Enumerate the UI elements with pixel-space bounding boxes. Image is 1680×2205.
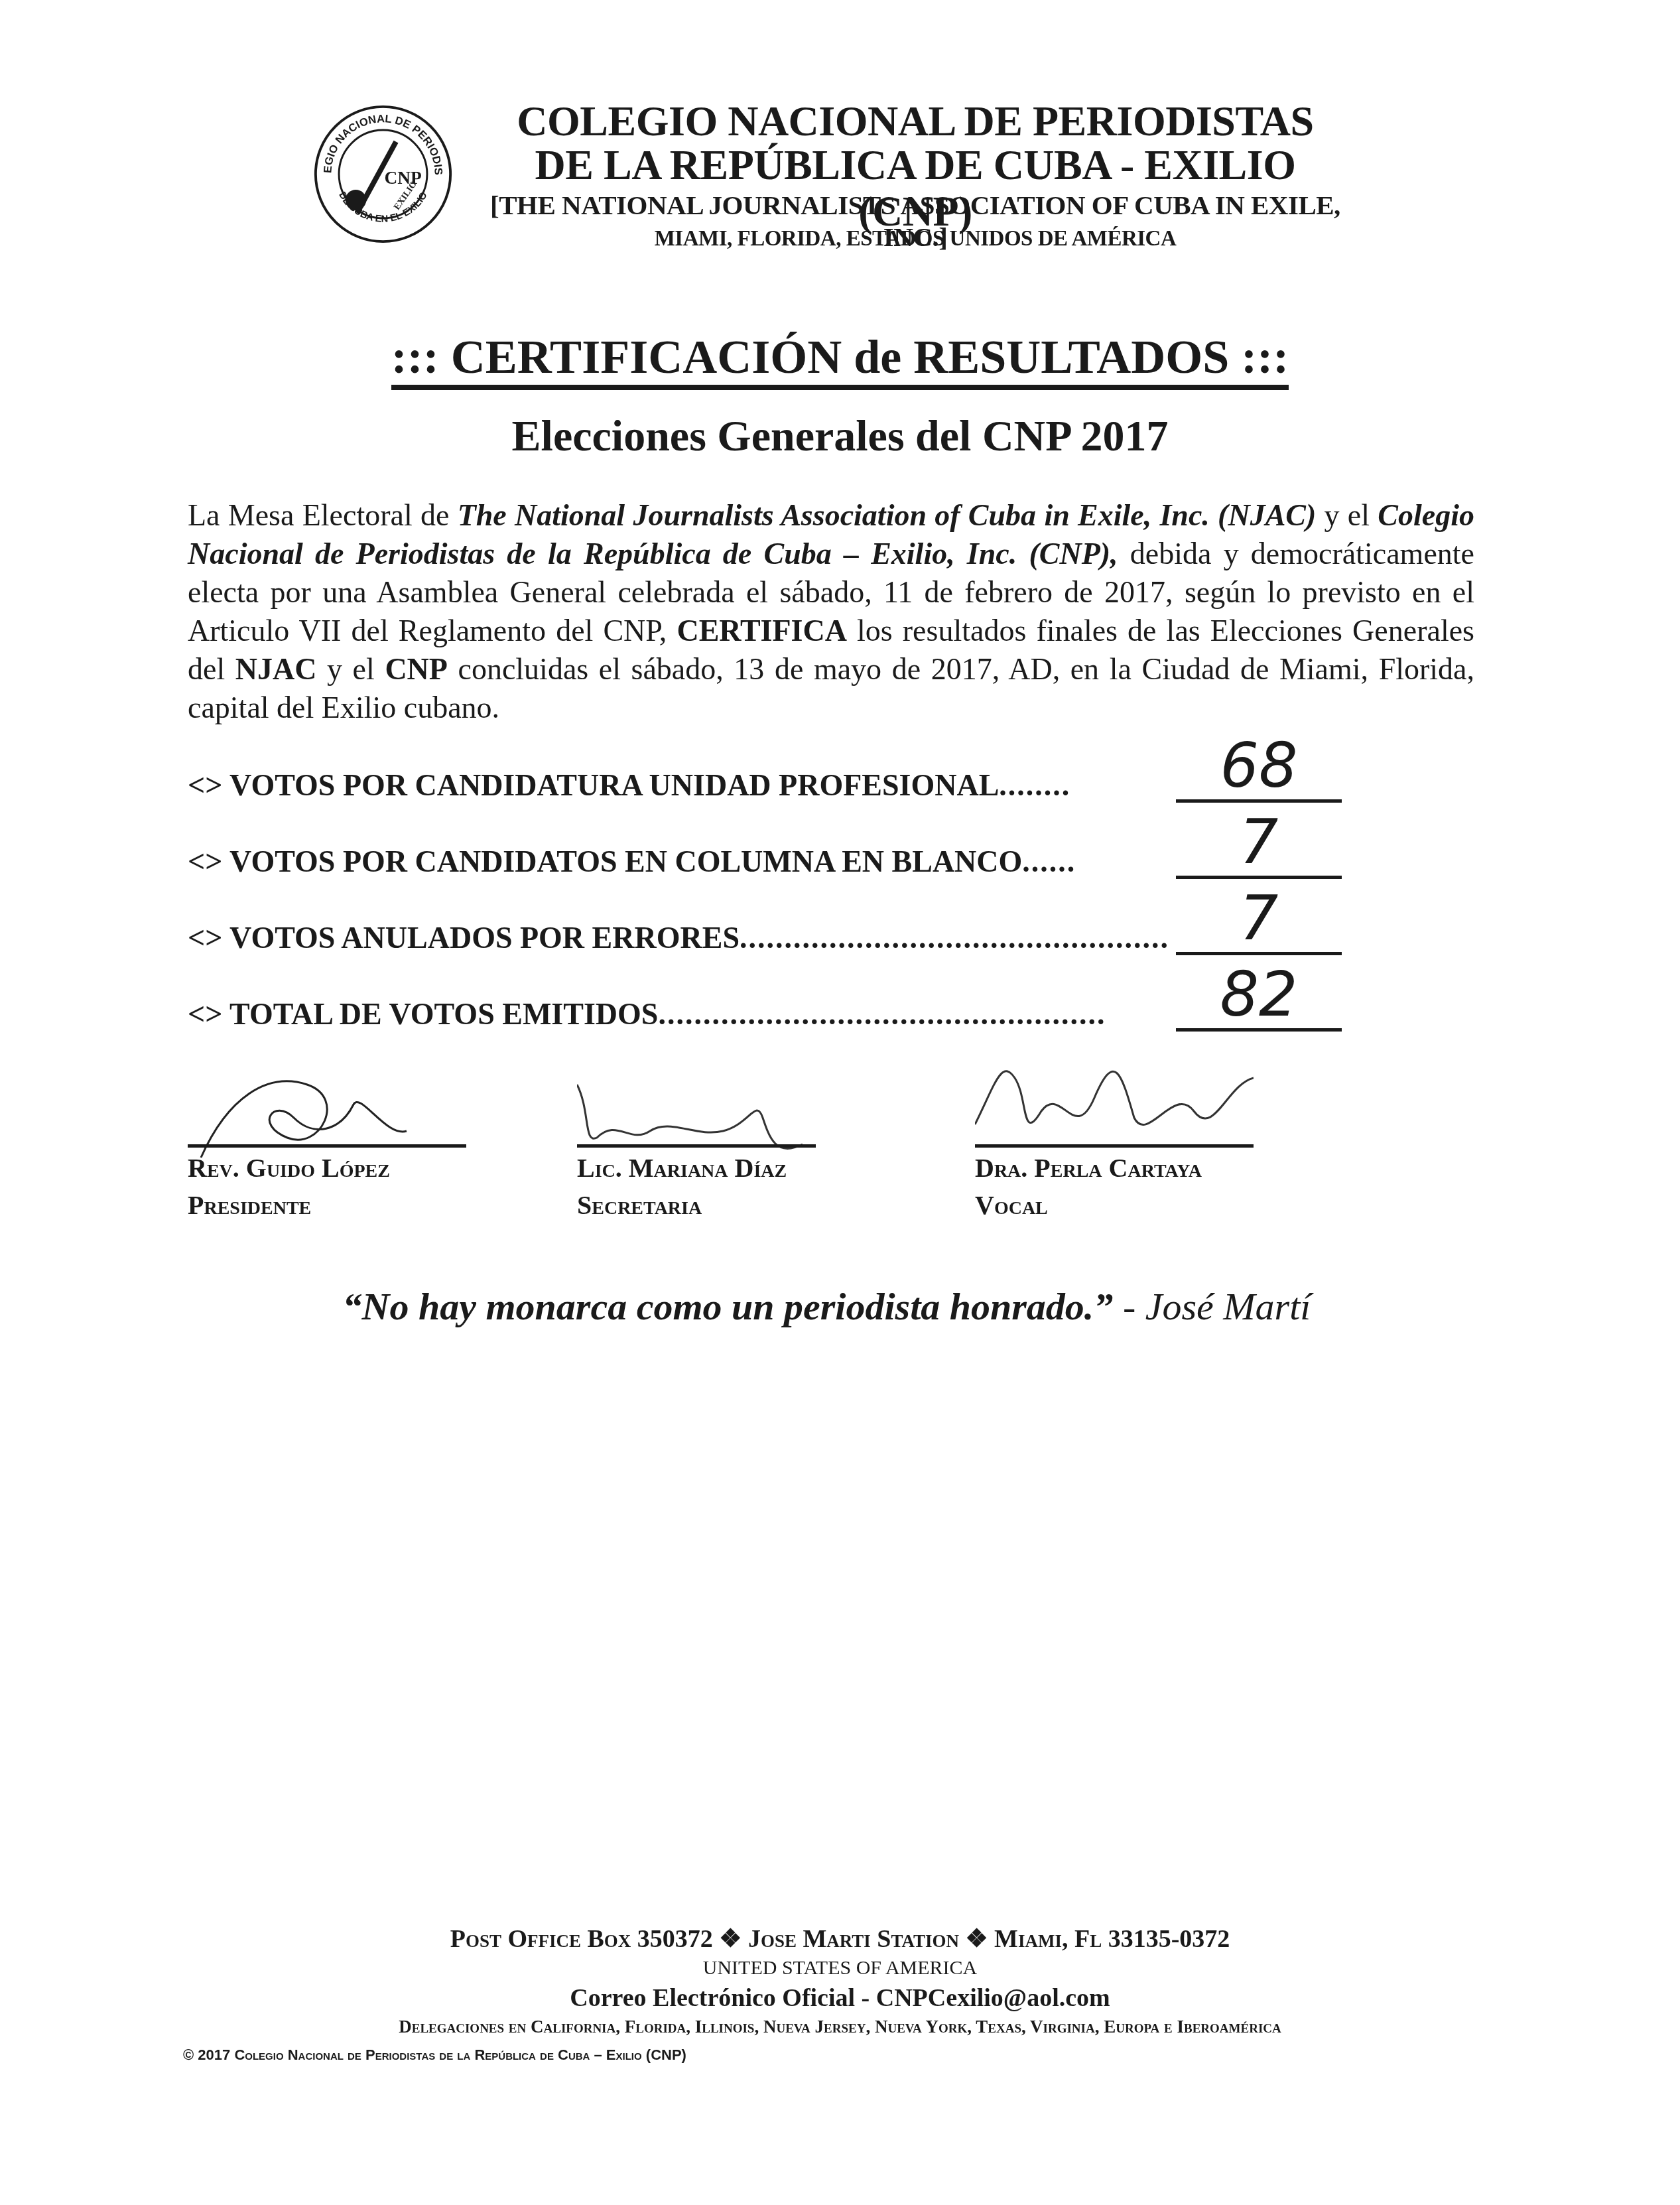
vote-row-columna-en-blanco: <> VOTOS POR CANDIDATOS EN COLUMNA EN BL… bbox=[188, 819, 1342, 879]
document-subtitle: Elecciones Generales del CNP 2017 bbox=[0, 410, 1680, 463]
org-name-line1: COLEGIO NACIONAL DE PERIODISTAS bbox=[478, 98, 1353, 145]
footer-address: Post Office Box 350372 ❖ Jose Marti Stat… bbox=[0, 1924, 1680, 1954]
signature-scrawl-icon bbox=[577, 1058, 856, 1164]
document-title: ::: CERTIFICACIÓN de RESULTADOS ::: bbox=[0, 328, 1680, 385]
vote-row-total: <> TOTAL DE VOTOS EMITIDOS..............… bbox=[188, 972, 1342, 1032]
vote-count: 7 bbox=[1176, 809, 1342, 879]
vote-count: 82 bbox=[1176, 962, 1342, 1032]
vote-count: 7 bbox=[1176, 886, 1342, 955]
signature-scrawl-icon bbox=[975, 1058, 1254, 1164]
org-location: MIAMI, FLORIDA, ESTADOS UNIDOS DE AMÉRIC… bbox=[478, 226, 1353, 252]
vote-row-unidad-profesional: <> VOTOS POR CANDIDATURA UNIDAD PROFESIO… bbox=[188, 743, 1342, 803]
footer-country: UNITED STATES OF AMERICA bbox=[0, 1957, 1680, 1979]
signature-scrawl-icon bbox=[188, 1058, 466, 1164]
signature-block-secretary: Lic. Mariana Díaz Secretaria bbox=[577, 1071, 856, 1231]
footer-delegations: Delegaciones en California, Florida, Ill… bbox=[0, 2017, 1680, 2037]
signature-block-president: Rev. Guido López Presidente bbox=[188, 1071, 466, 1231]
svg-text:COLEGIO NACIONAL DE PERIODISTA: COLEGIO NACIONAL DE PERIODISTAS bbox=[312, 103, 445, 175]
footer-email: Correo Electrónico Oficial - CNPCexilio@… bbox=[0, 1983, 1680, 2013]
signature-block-vocal: Dra. Perla Cartaya Vocal bbox=[975, 1071, 1254, 1231]
organization-seal-icon: COLEGIO NACIONAL DE PERIODISTAS DE CUBA … bbox=[312, 103, 454, 245]
vote-row-anulados: <> VOTOS ANULADOS POR ERRORES...........… bbox=[188, 896, 1342, 955]
copyright-notice: © 2017 Colegio Nacional de Periodistas d… bbox=[183, 2046, 686, 2064]
certification-paragraph: La Mesa Electoral de The National Journa… bbox=[188, 496, 1474, 727]
vote-count: 68 bbox=[1176, 733, 1342, 803]
jose-marti-quote: “No hay monarca como un periodista honra… bbox=[252, 1284, 1401, 1330]
